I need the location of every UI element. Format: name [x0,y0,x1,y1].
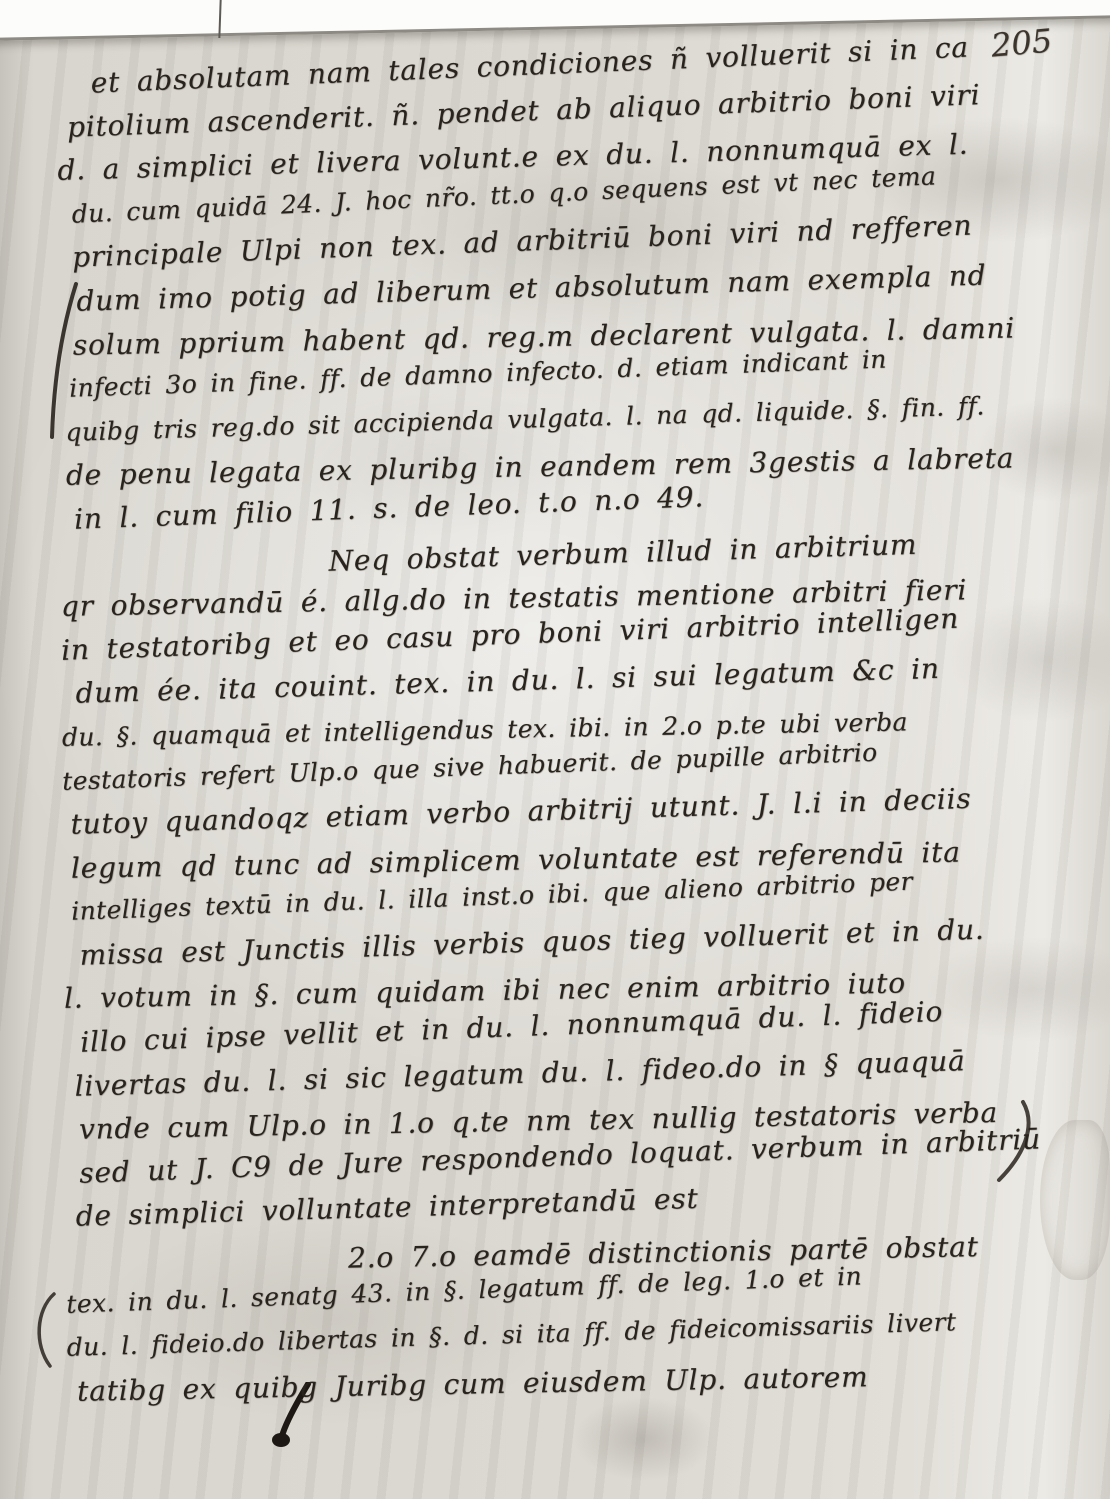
scanned-manuscript-page: 205 et absolutam nam tales condiciones ñ… [0,0,1110,1499]
manuscript-text: et absolutam nam tales condiciones ñ vol… [57,54,1053,1413]
ink-flourish-bottom-left [30,1290,60,1370]
folio-number: 205 [989,21,1053,64]
